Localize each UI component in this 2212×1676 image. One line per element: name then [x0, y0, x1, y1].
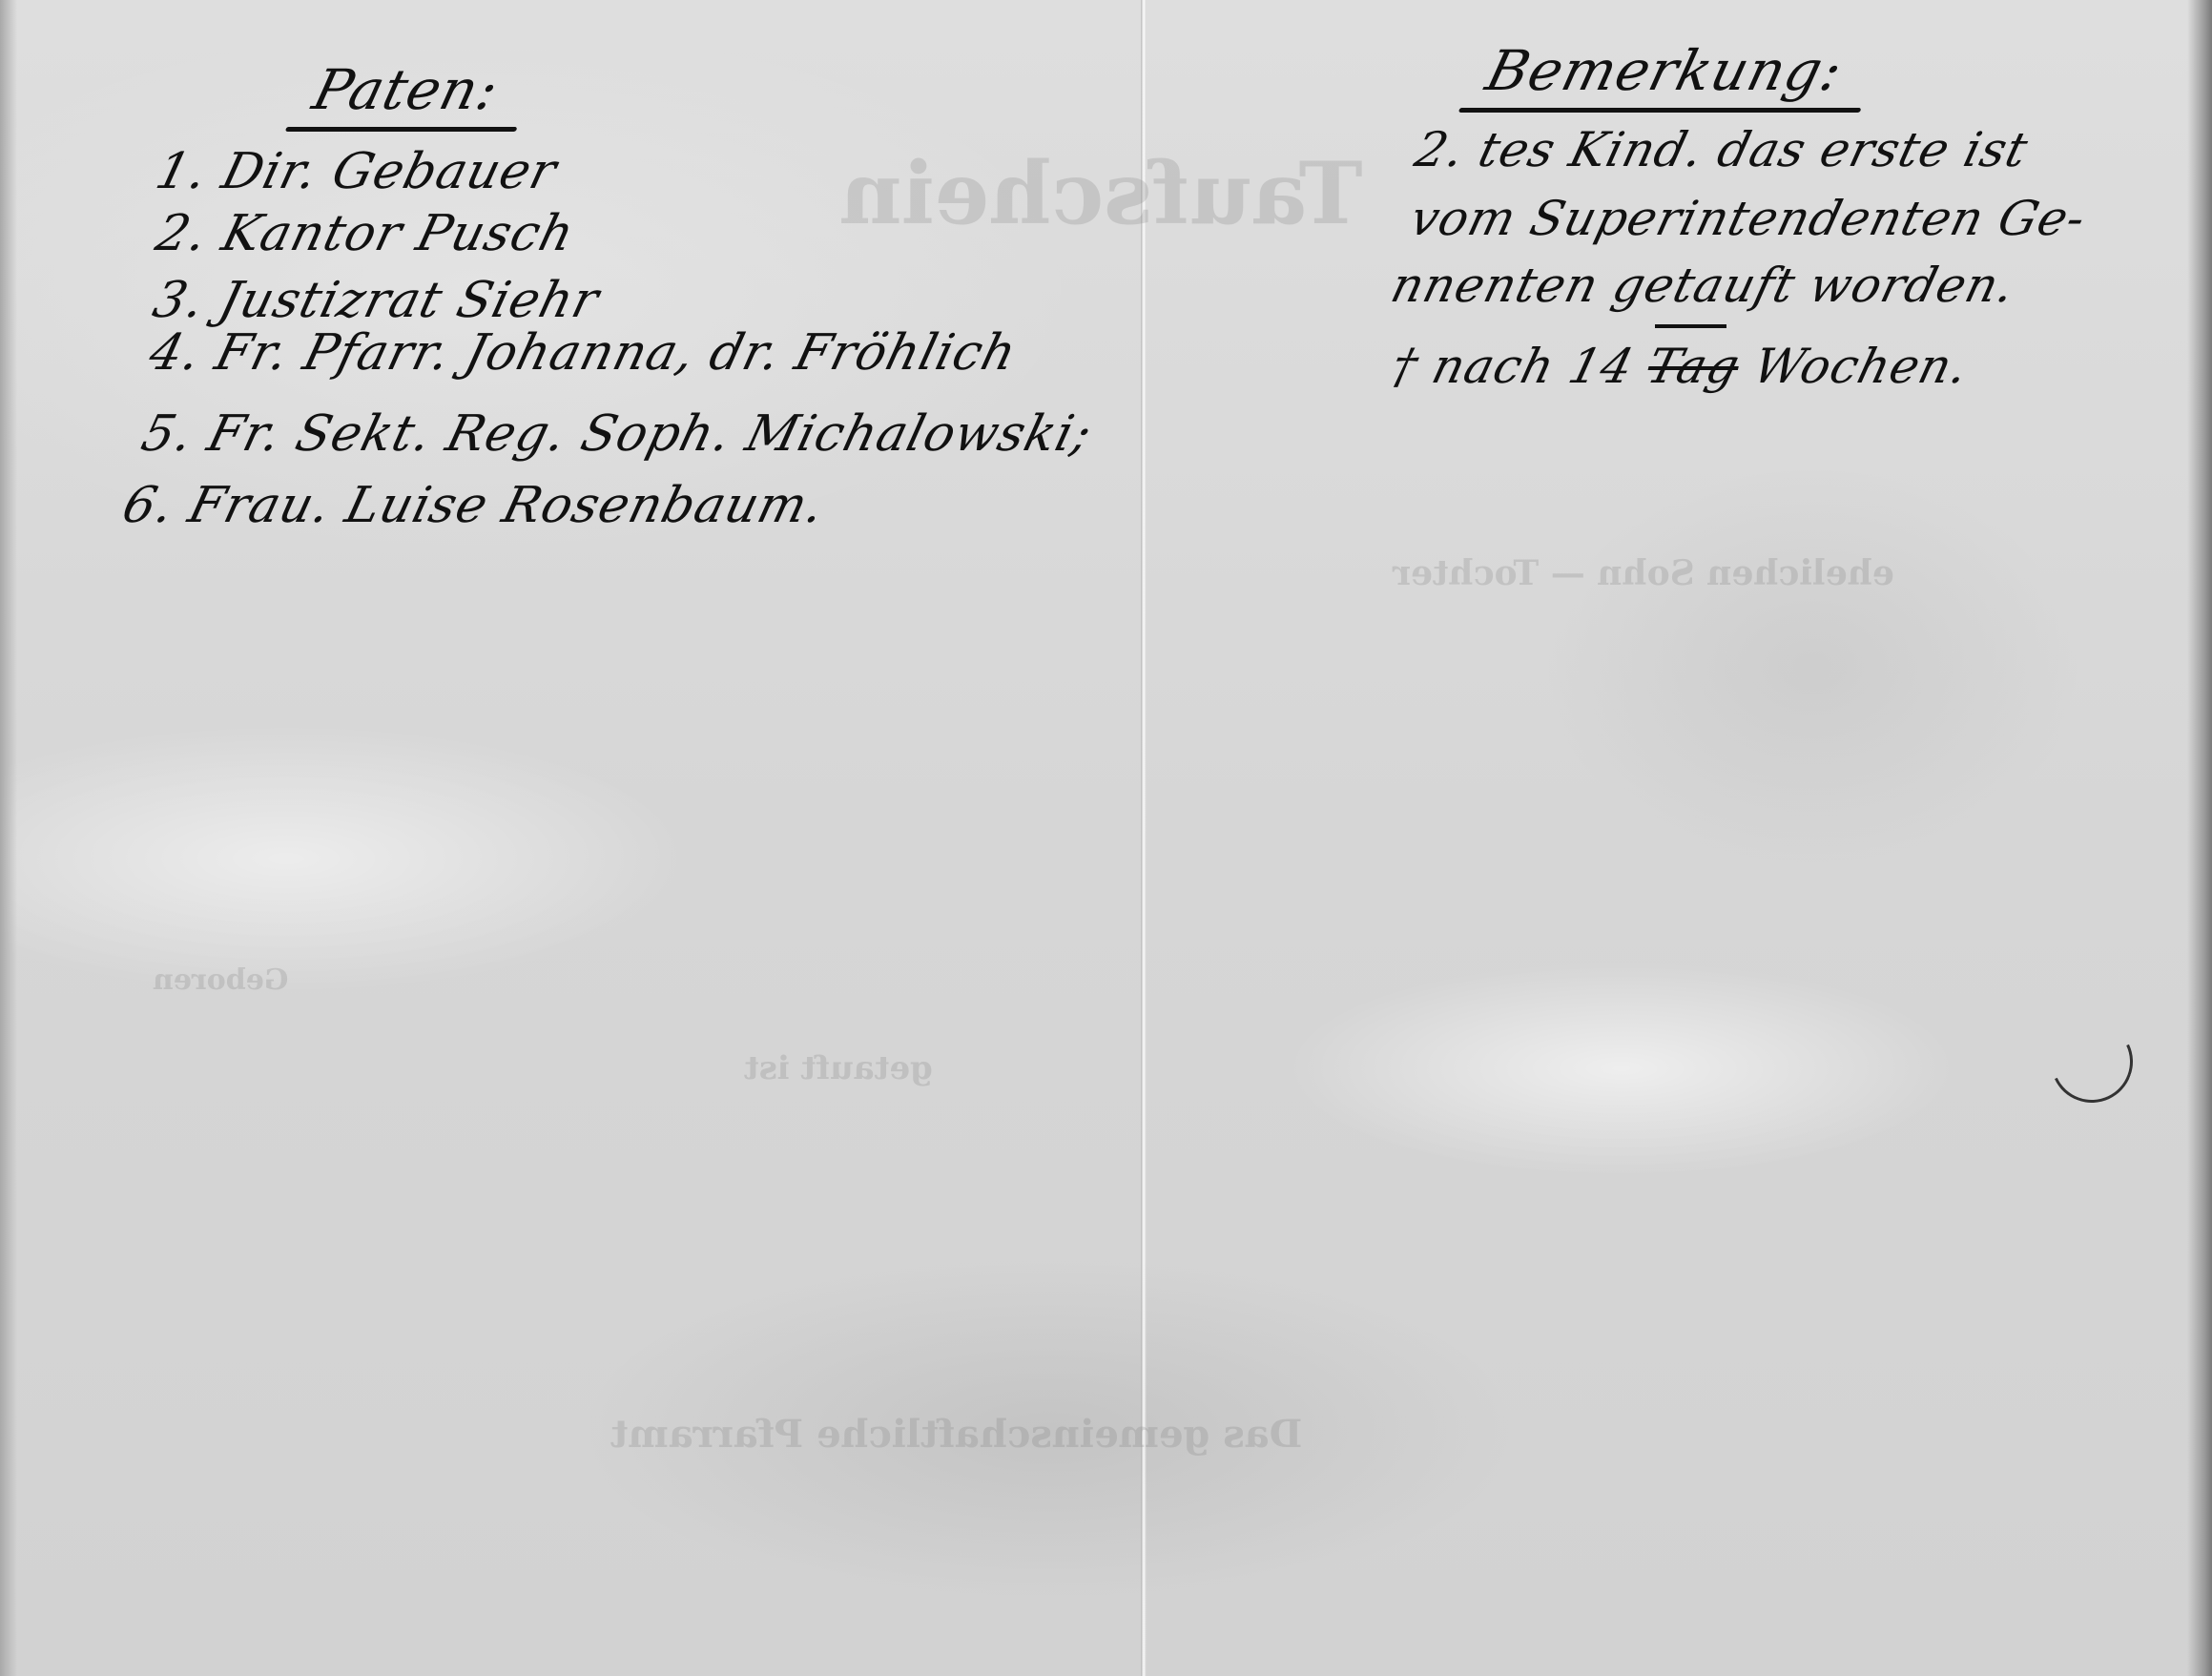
death-cross-icon: †: [1386, 339, 1424, 394]
sponsor-name: Kantor Pusch: [217, 205, 581, 262]
sponsors-heading: Paten:: [307, 57, 506, 122]
remark-line: vom Superintendenten Ge-: [1405, 191, 2092, 246]
sponsor-item: 1. Dir. Gebauer: [151, 143, 563, 200]
death-note-text: Wochen.: [1748, 339, 1974, 394]
sponsor-name: Fr. Pfarr. Johanna, dr. Fröhlich: [210, 324, 1023, 382]
sponsor-item: 4. Fr. Pfarr. Johanna, dr. Fröhlich: [144, 324, 1023, 382]
sponsor-item: 6. Frau. Luise Rosenbaum.: [117, 477, 831, 534]
underline-mark: [1655, 324, 1726, 328]
sponsor-number: 6.: [117, 477, 181, 534]
death-note: † nach 14 Tag Wochen.: [1386, 339, 1974, 394]
sponsor-name: Dir. Gebauer: [217, 143, 563, 200]
sponsor-number: 1.: [151, 143, 215, 200]
paper-left-edge: [0, 0, 17, 1676]
sponsor-number: 4.: [144, 324, 208, 382]
sponsor-number: 2.: [151, 205, 215, 262]
sponsor-name: Fr. Sekt. Reg. Soph. Michalowski;: [202, 405, 1098, 463]
show-through-print: Geboren: [153, 963, 288, 997]
sponsor-number: 5.: [136, 405, 200, 463]
death-note-text: nach 14: [1427, 339, 1640, 394]
sponsor-name: Justizrat Siehr: [214, 272, 606, 329]
sponsor-item: 3. Justizrat Siehr: [148, 272, 606, 329]
sponsor-item: 2. Kantor Pusch: [151, 205, 581, 262]
show-through-print: Das gemeinschaftliche Pfarramt: [610, 1412, 1302, 1457]
show-through-print: getauft ist: [744, 1049, 933, 1087]
sponsor-number: 3.: [148, 272, 212, 329]
stray-pen-mark: [2039, 1009, 2144, 1114]
remark-heading: Bemerkung:: [1480, 38, 1850, 103]
show-through-print: ehelichen Sohn — Tochter: [1393, 553, 1894, 593]
show-through-print-title: Taufschein: [839, 143, 1363, 244]
paper-right-edge: [2187, 0, 2212, 1676]
remark-line: nnenten getauft worden.: [1386, 258, 2021, 313]
struck-word: Tag: [1642, 339, 1746, 394]
document-page: Taufschein ehelichen Sohn — Tochter Gebo…: [0, 0, 2212, 1676]
remark-line: 2. tes Kind. das erste ist: [1410, 122, 2034, 177]
sponsor-item: 5. Fr. Sekt. Reg. Soph. Michalowski;: [136, 405, 1099, 463]
sponsor-name: Frau. Luise Rosenbaum.: [183, 477, 831, 534]
